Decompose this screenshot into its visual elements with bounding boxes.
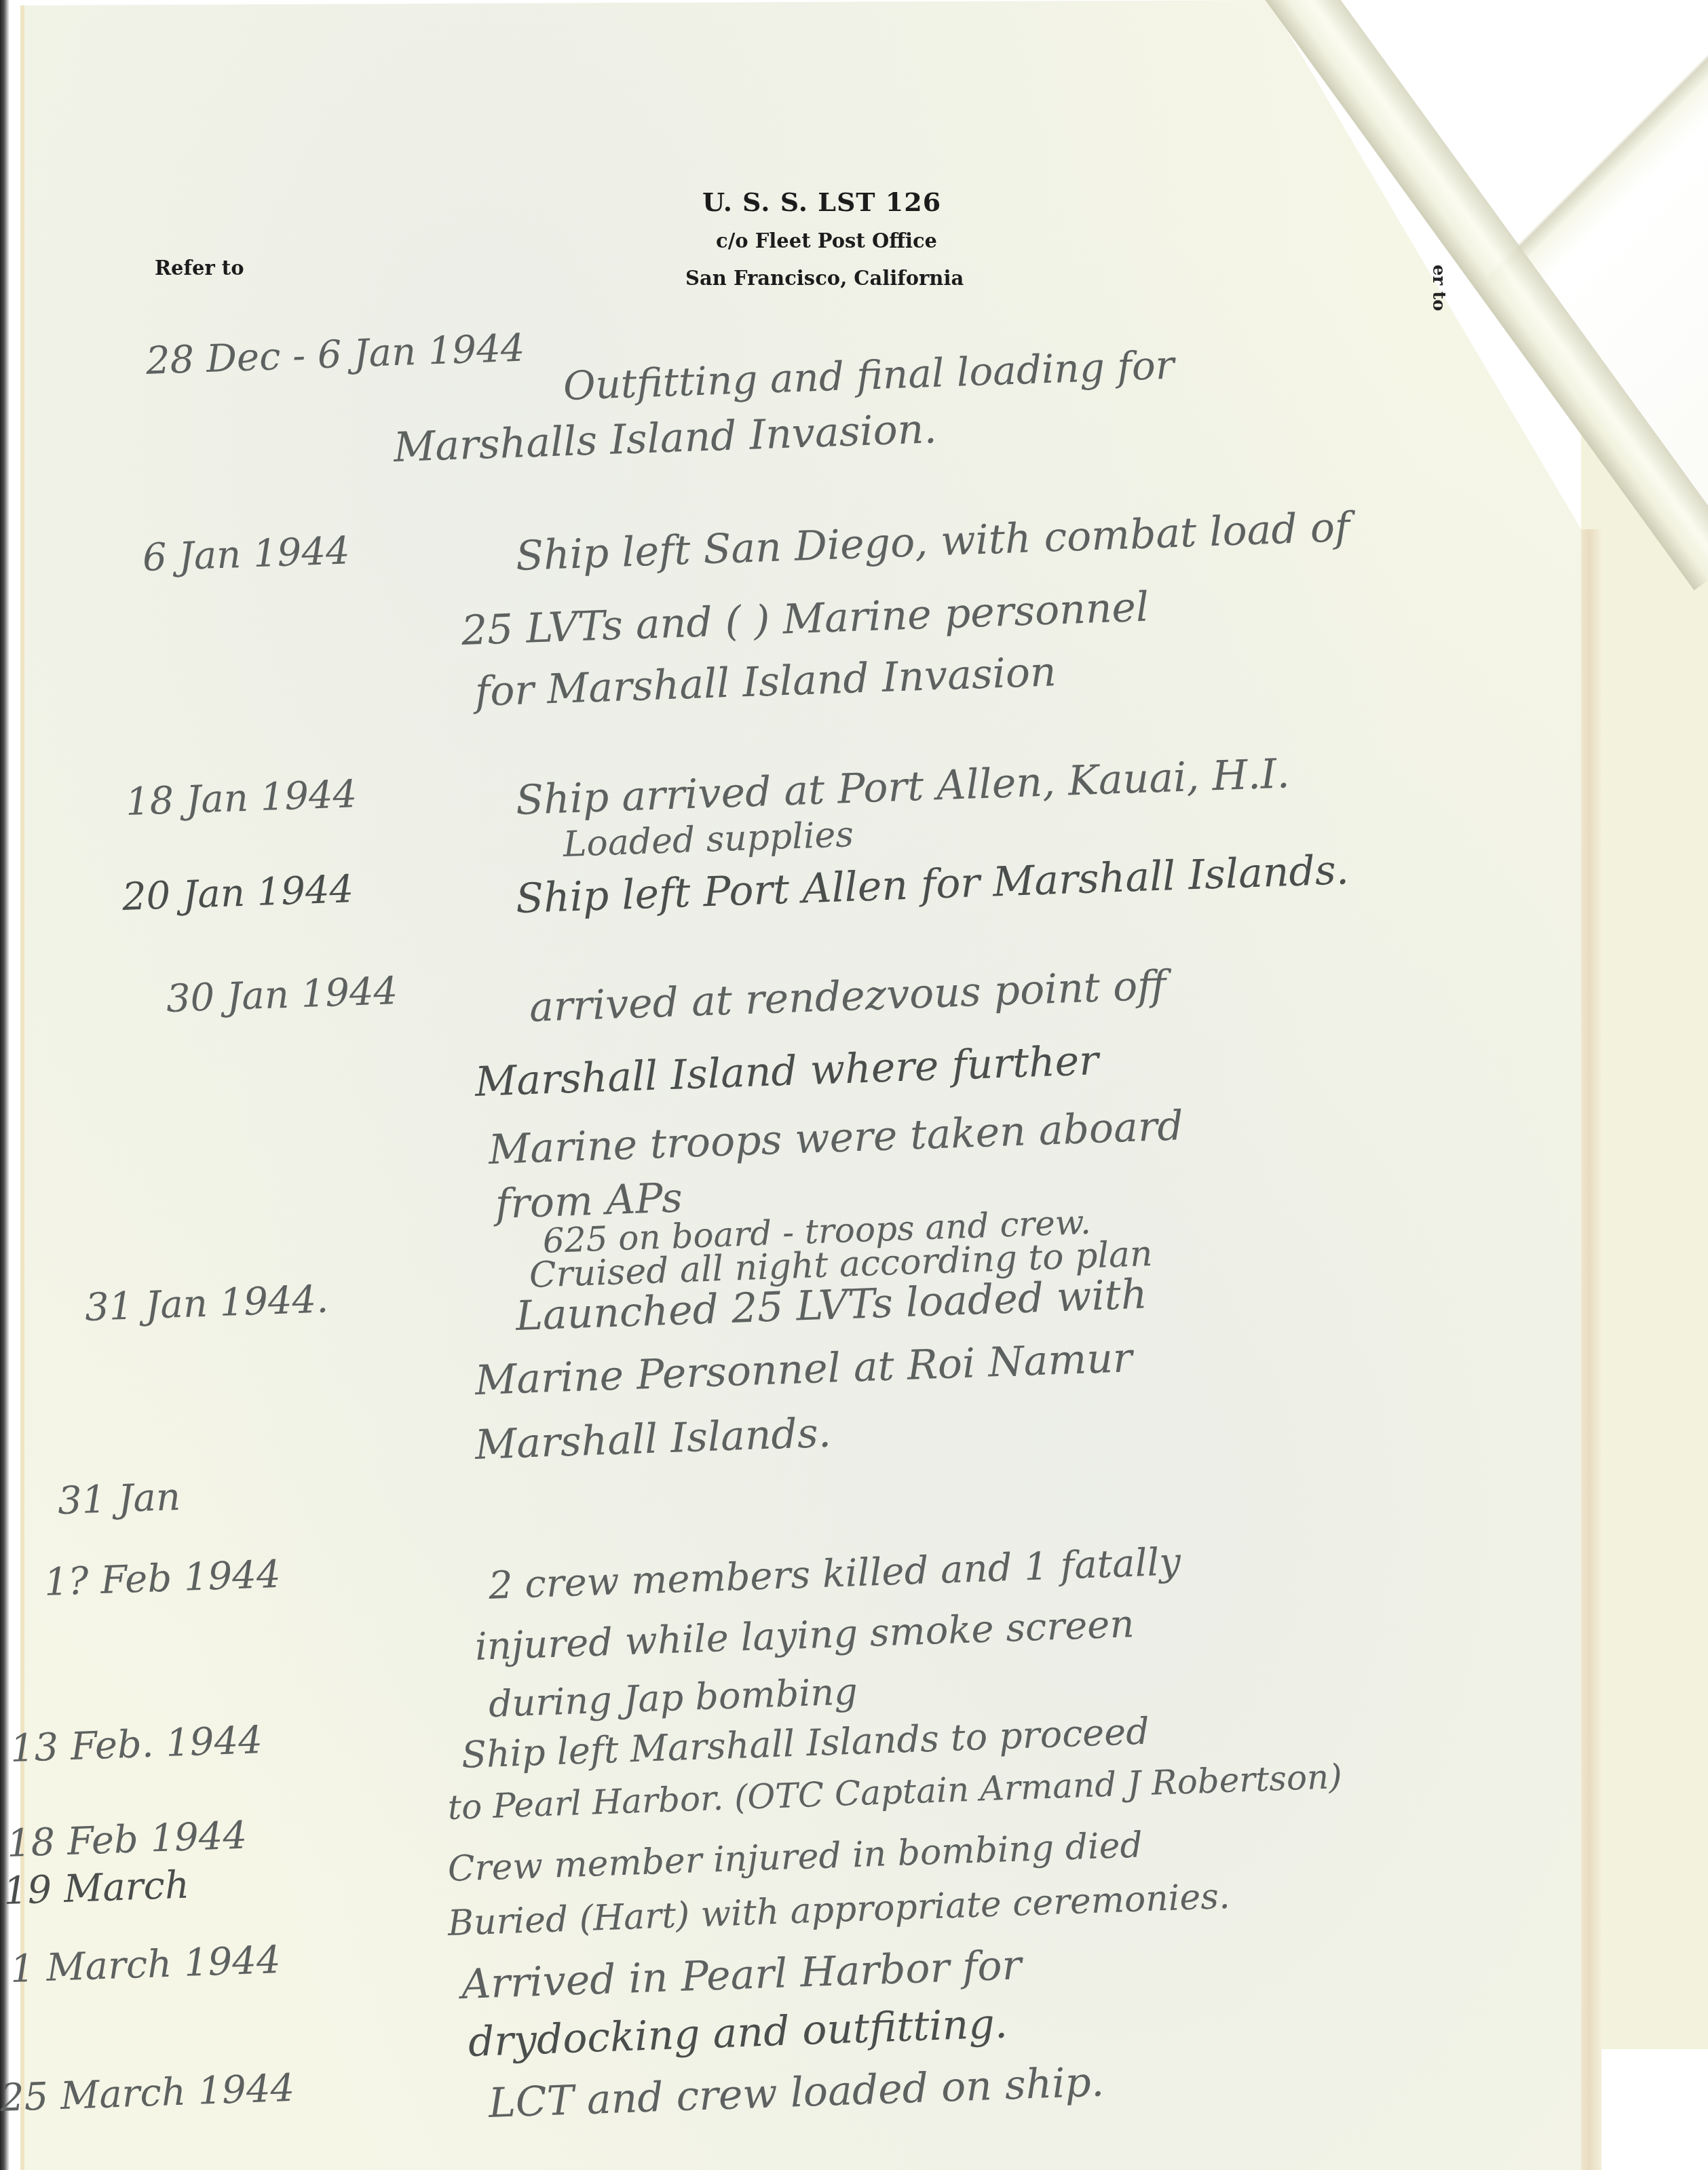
entry-date: 19 March [3,1863,190,1914]
entry-date: 13 Feb. 1944 [10,1718,263,1771]
care-of-line: c/o Fleet Post Office [716,229,937,252]
entry-date: 1 March 1944 [10,1938,282,1992]
back-sheet-edge [1581,529,1601,2170]
entry-date: 6 Jan 1944 [142,529,351,580]
entry-date: 20 Jan 1944 [121,867,354,919]
entry-date: 31 Jan 1944. [84,1277,329,1329]
entry-date: 31 Jan [57,1475,181,1523]
entry-date: 30 Jan 1944 [166,969,398,1021]
fold-refer-to-label: er to [1428,265,1449,311]
entry-date: 1? Feb 1944 [43,1553,282,1605]
ship-name: U. S. S. LST 126 [702,187,941,217]
city-line: San Francisco, California [685,267,964,290]
entry-date: 18 Jan 1944 [125,772,358,824]
refer-to-label: Refer to [155,256,244,280]
entry-date: 18 Feb 1944 [6,1814,248,1866]
